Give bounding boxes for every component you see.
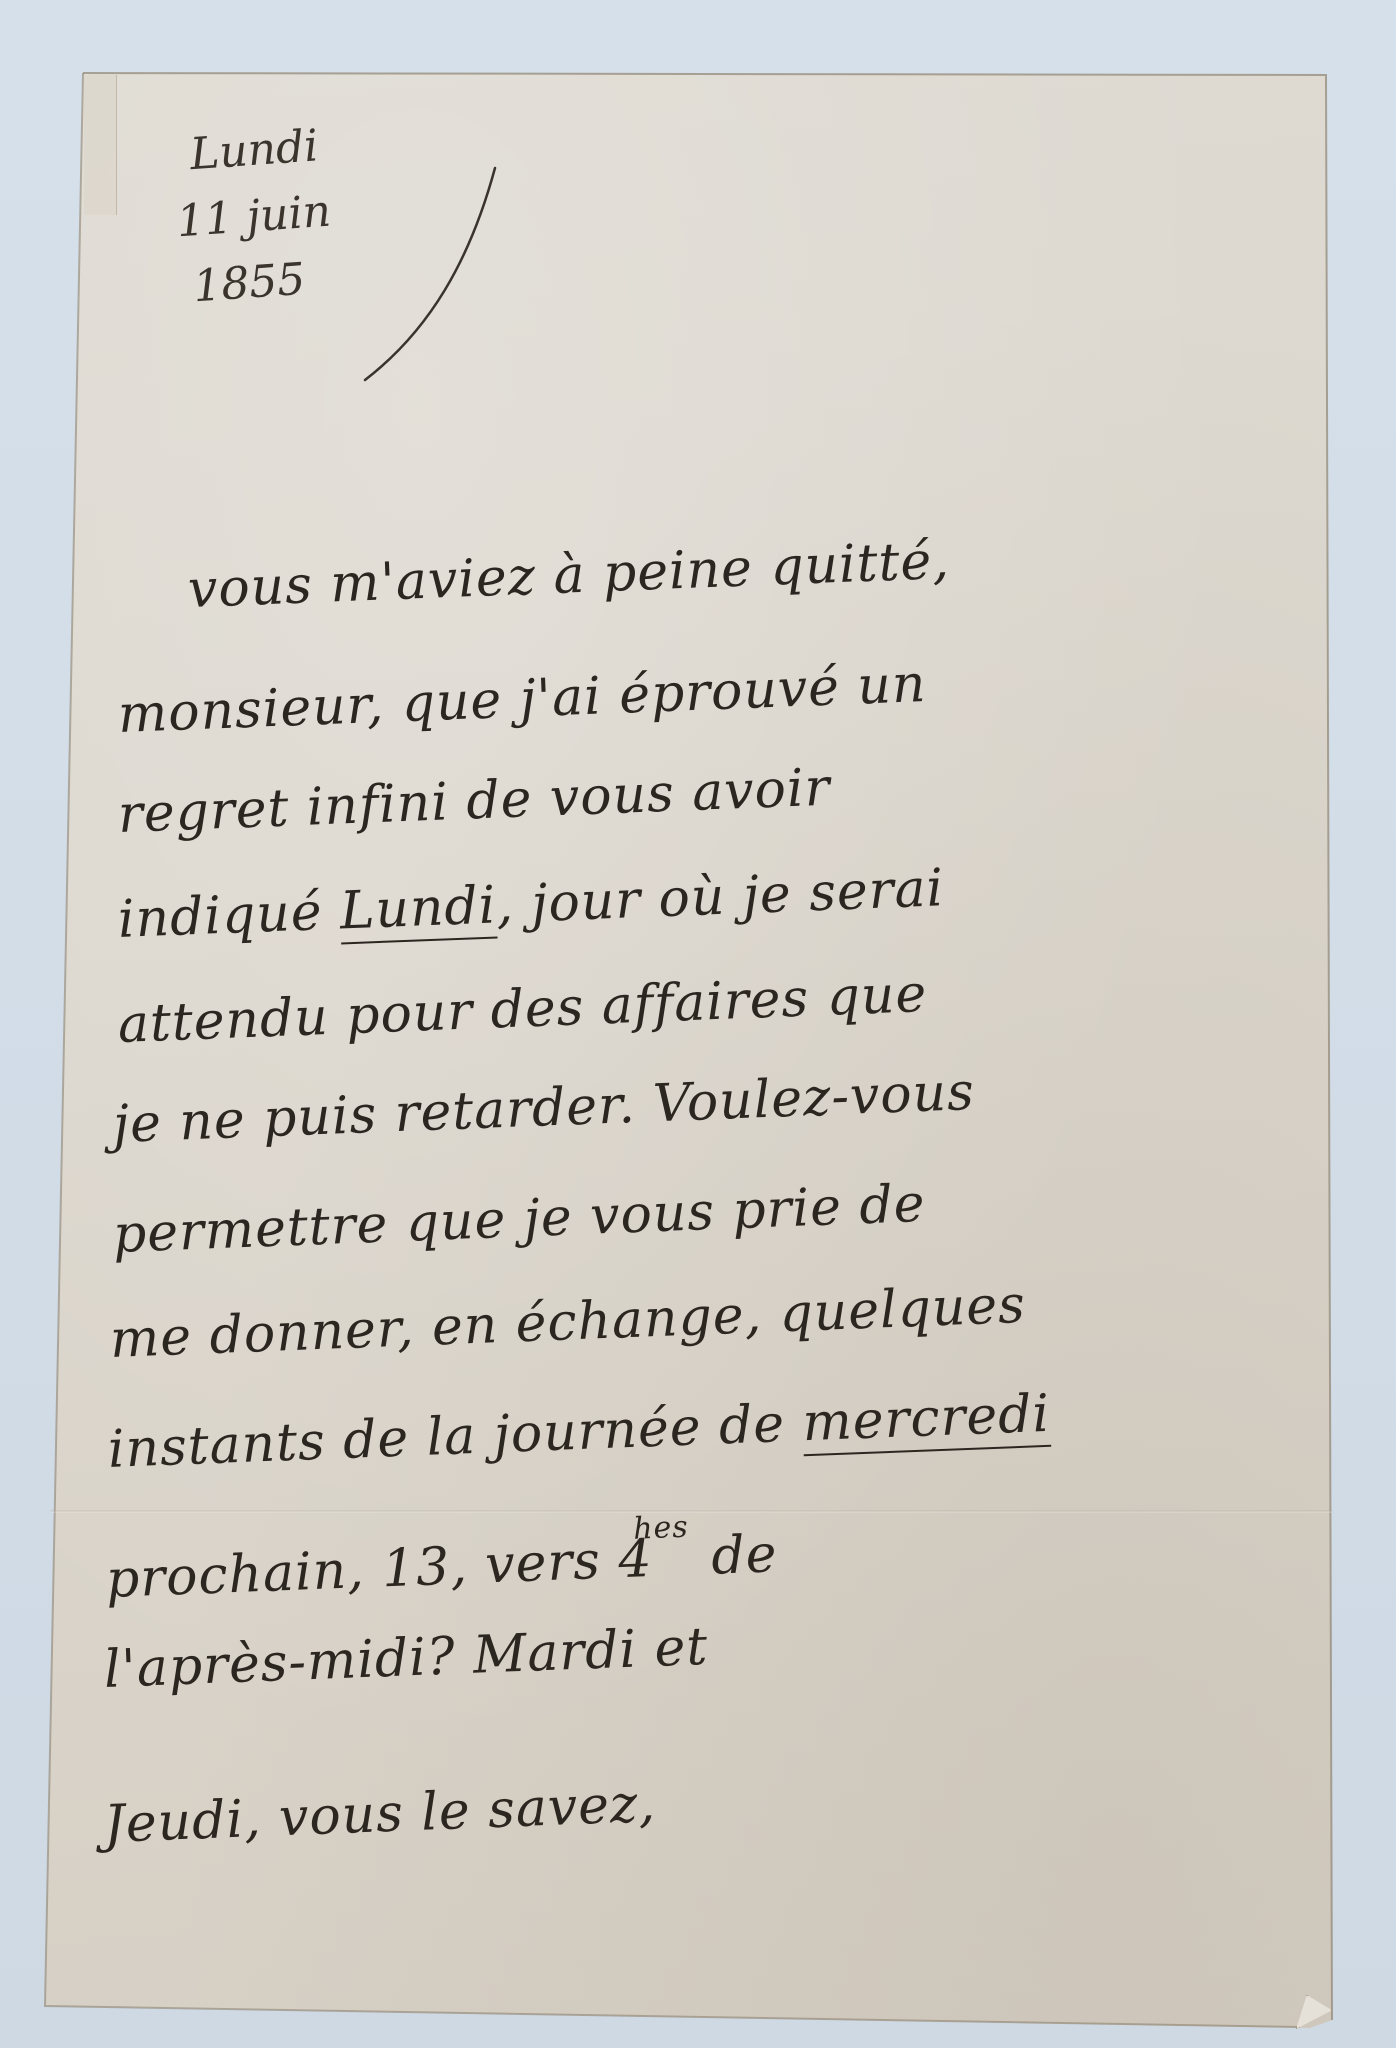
superscript-heures: hes — [633, 1510, 690, 1547]
underlined-word-mercredi: mercredi — [801, 1384, 1051, 1453]
torn-margin-strip — [84, 75, 117, 215]
date-day: Lundi — [150, 113, 329, 191]
date-year: 1855 — [159, 245, 338, 323]
paper-fold-line — [50, 1510, 1332, 1513]
underlined-word-lundi: Lundi — [339, 875, 498, 941]
letter-sheet: Lundi 11 juin 1855 vous m'aviez à peine … — [0, 0, 1396, 2048]
date-day-month: 11 juin — [155, 179, 334, 257]
letter-date: Lundi 11 juin 1855 — [150, 113, 338, 323]
